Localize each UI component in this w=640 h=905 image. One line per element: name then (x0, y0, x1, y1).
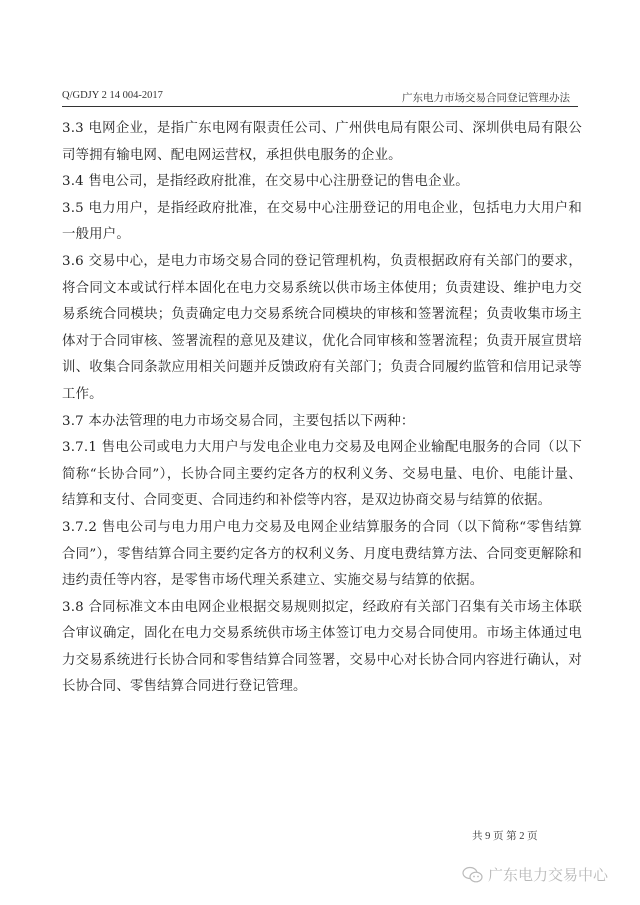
page-header: Q/GDJY 2 14 004-2017 广东电力市场交易合同登记管理办法 (62, 88, 578, 107)
wechat-icon (462, 866, 484, 884)
paragraph-3-7-1: 3.7.1 售电公司或电力大用户与发电企业电力交易及电网企业输配电服务的合同（以… (62, 435, 582, 515)
paragraph-3-8: 3.8 合同标准文本由电网企业根据交易规则拟定，经政府有关部门召集有关市场主体联… (62, 595, 582, 701)
paragraph-3-3: 3.3 电网企业，是指广东电网有限责任公司、广州供电局有限公司、深圳供电局有限公… (62, 116, 582, 169)
paragraph-3-5: 3.5 电力用户，是指经政府批准，在交易中心注册登记的用电企业，包括电力大用户和… (62, 196, 582, 249)
document-title: 广东电力市场交易合同登记管理办法 (402, 90, 570, 105)
paragraph-3-7: 3.7 本办法管理的电力市场交易合同，主要包括以下两种： (62, 409, 582, 436)
document-code: Q/GDJY 2 14 004-2017 (62, 90, 163, 101)
paragraph-3-4: 3.4 售电公司，是指经政府批准，在交易中心注册登记的售电企业。 (62, 169, 582, 196)
paragraph-3-6: 3.6 交易中心，是电力市场交易合同的登记管理机构，负责根据政府有关部门的要求，… (62, 249, 582, 409)
watermark: 广东电力交易中心 (462, 864, 608, 885)
watermark-text: 广东电力交易中心 (488, 864, 608, 885)
page-number: 共 9 页 第 2 页 (472, 828, 538, 843)
paragraph-3-7-2: 3.7.2 售电公司与电力用户电力交易及电网企业结算服务的合同（以下简称“零售结… (62, 515, 582, 595)
document-body: 3.3 电网企业，是指广东电网有限责任公司、广州供电局有限公司、深圳供电局有限公… (62, 116, 582, 701)
